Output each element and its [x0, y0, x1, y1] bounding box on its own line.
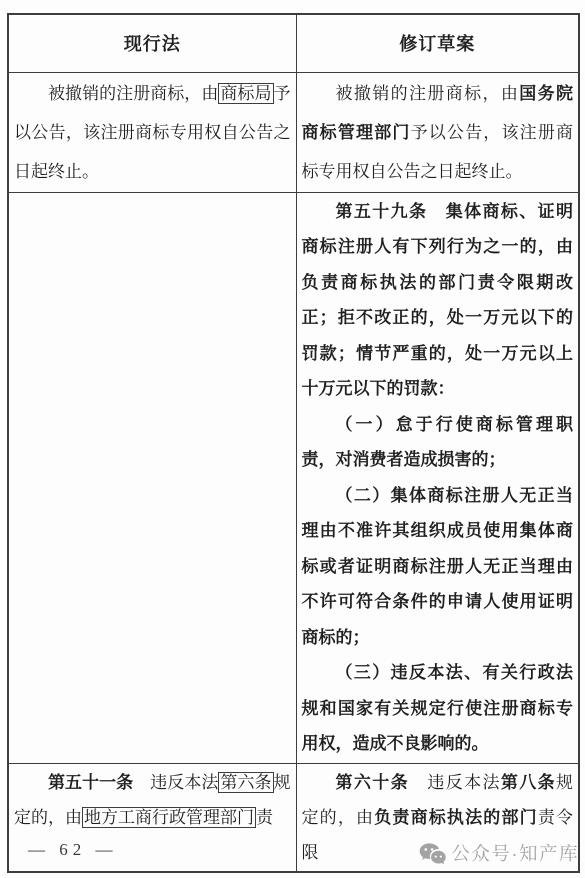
text-segment-boxed: 第六条: [218, 772, 273, 793]
text-segment-normal: 违反本法: [133, 773, 218, 792]
table-row-1: 第五十九条 集体商标、证明商标注册人有下列行为之一的，由负责商标执法的部门责令限…: [8, 192, 579, 763]
watermark-text: 公众号·知产库: [451, 840, 579, 866]
document-page: 现行法 修订草案 被撤销的注册商标，由商标局予以公告，该注册商标专用权自公告之日…: [0, 0, 585, 878]
text-segment-boxed: 地方工商行政管理部门: [82, 807, 256, 828]
text-segment-normal: 被撤销的注册商标，由: [48, 84, 218, 103]
paragraph: 第五十一条 违反本法第六条规定的，由地方工商行政管理部门责: [14, 765, 291, 835]
column-header-revision-draft: 修订草案: [296, 14, 579, 72]
text-segment-bold: 负责商标执法的部门: [374, 808, 538, 827]
paragraph: 第五十九条 集体商标、证明商标注册人有下列行为之一的，由负责商标执法的部门责令限…: [302, 194, 574, 407]
table-cell-left-1: [8, 192, 296, 763]
wechat-icon: [419, 842, 446, 865]
text-segment-boxed: 商标局: [218, 83, 273, 104]
table-cell-right-0: 被撤销的注册商标，由国务院商标管理部门予以公告，该注册商标专用权自公告之日起终止…: [296, 72, 579, 192]
text-segment-bold: 第六十条: [336, 773, 410, 792]
paragraph: （二）集体商标注册人无正当理由不准许其组织成员使用集体商标或者证明商标注册人无正…: [302, 478, 574, 656]
watermark: 公众号·知产库: [419, 840, 579, 866]
paragraph: （三）违反本法、有关行政法规和国家有关规定行使注册商标专用权，造成不良影响的。: [302, 655, 574, 762]
text-segment-normal: 责: [256, 808, 273, 827]
text-segment-bold: （三）违反本法、有关行政法规和国家有关规定行使注册商标专用权，造成不良影响的。: [302, 663, 574, 753]
text-segment-bold: 第五十九条 集体商标、证明商标注册人有下列行为之一的，由负责商标执法的部门责令限…: [302, 202, 574, 399]
table-header-row: 现行法 修订草案: [8, 14, 579, 72]
text-segment-bold: 第五十一条: [48, 773, 133, 792]
text-segment-bold: （二）集体商标注册人无正当理由不准许其组织成员使用集体商标或者证明商标注册人无正…: [302, 486, 574, 647]
page-number: — 62 —: [28, 840, 118, 860]
paragraph: 被撤销的注册商标，由国务院商标管理部门予以公告，该注册商标专用权自公告之日起终止…: [302, 74, 574, 191]
comparison-table: 现行法 修订草案 被撤销的注册商标，由商标局予以公告，该注册商标专用权自公告之日…: [7, 13, 580, 873]
text-segment-normal: 违反本法: [409, 773, 501, 792]
paragraph: 被撤销的注册商标，由商标局予以公告，该注册商标专用权自公告之日起终止。: [14, 74, 291, 191]
text-segment-bold: 第八条: [501, 773, 556, 792]
table-row-0: 被撤销的注册商标，由商标局予以公告，该注册商标专用权自公告之日起终止。被撤销的注…: [8, 72, 579, 192]
text-segment-bold: （一）怠于行使商标管理职责，对消费者造成损害的；: [302, 415, 574, 470]
column-header-current-law: 现行法: [8, 14, 296, 72]
table-cell-left-0: 被撤销的注册商标，由商标局予以公告，该注册商标专用权自公告之日起终止。: [8, 72, 296, 192]
text-segment-normal: 被撤销的注册商标，由: [336, 84, 520, 103]
table-cell-right-1: 第五十九条 集体商标、证明商标注册人有下列行为之一的，由负责商标执法的部门责令限…: [296, 192, 579, 763]
paragraph: （一）怠于行使商标管理职责，对消费者造成损害的；: [302, 407, 574, 478]
